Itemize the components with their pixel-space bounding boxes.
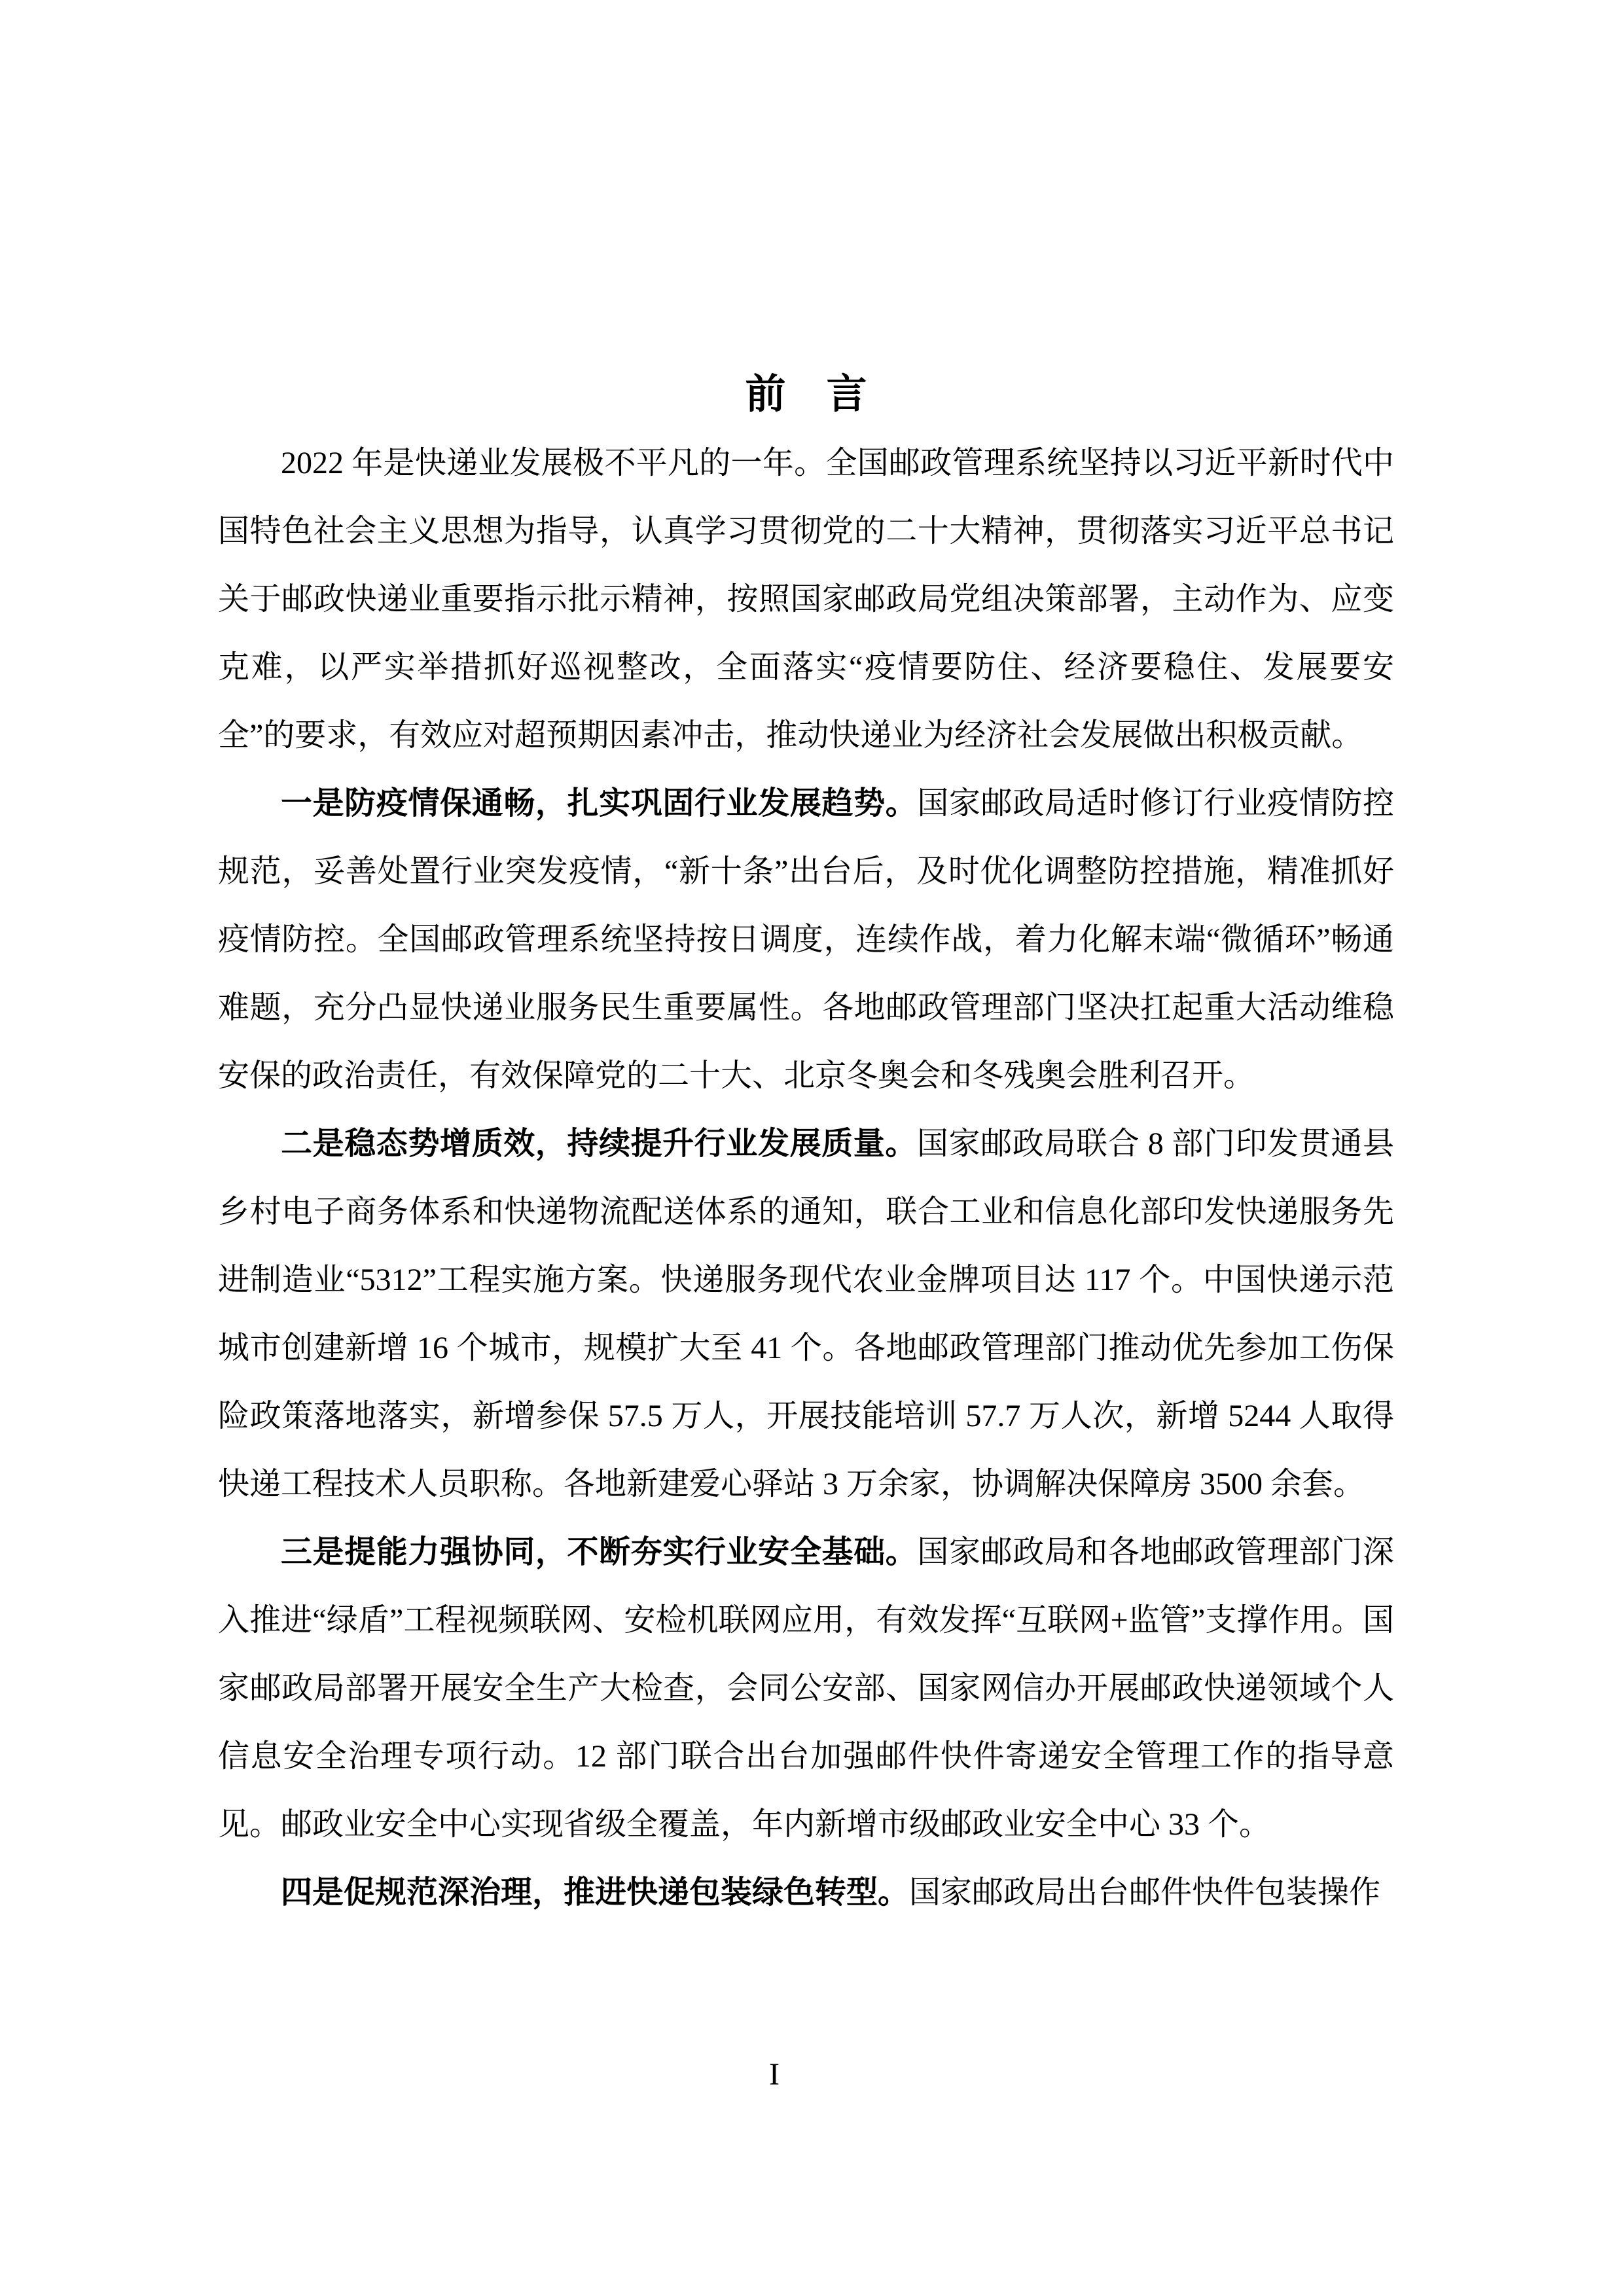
paragraph-intro: 2022 年是快递业发展极不平凡的一年。全国邮政管理系统坚持以习近平新时代中国特…	[218, 429, 1394, 770]
paragraph-point-1-lead: 一是防疫情保通畅，扎实巩固行业发展趋势。	[281, 786, 917, 821]
paragraph-point-1-text: 国家邮政局适时修订行业疫情防控规范，妥善处置行业突发疫情，“新十条”出台后，及时…	[218, 786, 1394, 1093]
paragraph-point-2-text: 国家邮政局联合 8 部门印发贯通县乡村电子商务体系和快递物流配送体系的通知，联合…	[218, 1126, 1394, 1501]
paragraph-point-3-lead: 三是提能力强协同，不断夯实行业安全基础。	[281, 1535, 917, 1570]
paragraph-point-4: 四是促规范深治理，推进快递包装绿色转型。国家邮政局出台邮件快件包装操作	[218, 1859, 1394, 1927]
paragraph-intro-text: 2022 年是快递业发展极不平凡的一年。全国邮政管理系统坚持以习近平新时代中国特…	[218, 446, 1394, 753]
document-body: 2022 年是快递业发展极不平凡的一年。全国邮政管理系统坚持以习近平新时代中国特…	[218, 429, 1394, 1927]
paragraph-point-2: 二是稳态势增质效，持续提升行业发展质量。国家邮政局联合 8 部门印发贯通县乡村电…	[218, 1110, 1394, 1518]
paragraph-point-4-lead: 四是促规范深治理，推进快递包装绿色转型。	[281, 1875, 909, 1910]
page-number: I	[769, 2057, 780, 2092]
paragraph-point-2-lead: 二是稳态势增质效，持续提升行业发展质量。	[281, 1126, 917, 1161]
page-title: 前 言	[218, 370, 1394, 419]
paragraph-point-3-text: 国家邮政局和各地邮政管理部门深入推进“绿盾”工程视频联网、安检机联网应用，有效发…	[218, 1535, 1394, 1842]
paragraph-point-1: 一是防疫情保通畅，扎实巩固行业发展趋势。国家邮政局适时修订行业疫情防控规范，妥善…	[218, 770, 1394, 1110]
paragraph-point-3: 三是提能力强协同，不断夯实行业安全基础。国家邮政局和各地邮政管理部门深入推进“绿…	[218, 1518, 1394, 1859]
page-footer: I	[218, 2055, 1331, 2094]
document-page: 前 言 2022 年是快递业发展极不平凡的一年。全国邮政管理系统坚持以习近平新时…	[0, 0, 1616, 2296]
paragraph-point-4-text: 国家邮政局出台邮件快件包装操作	[909, 1875, 1380, 1910]
